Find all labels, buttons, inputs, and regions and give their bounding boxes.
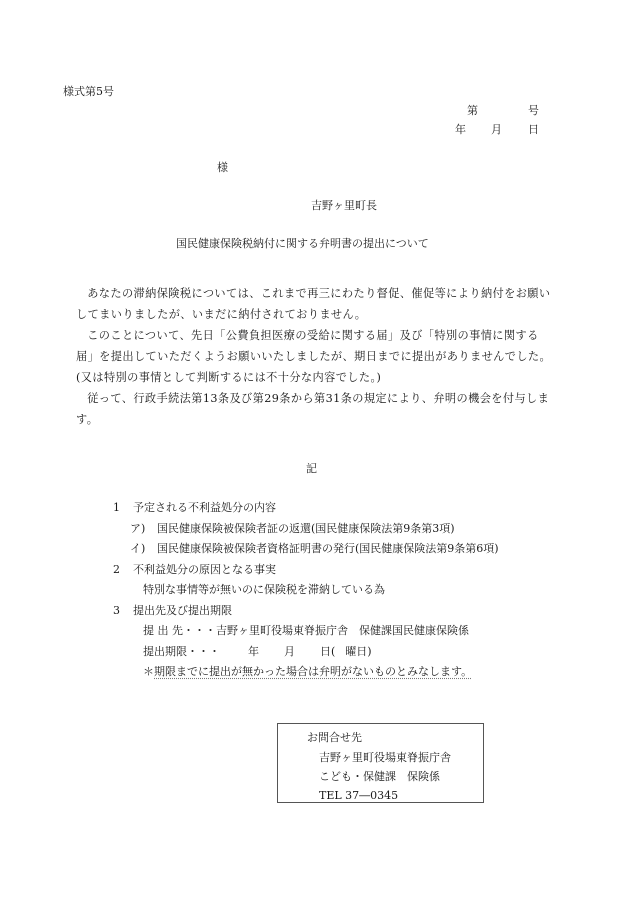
body-paragraph: あなたの滞納保険税については、これまで再三にわたり督促、催促等により納付をお願い… [76, 283, 556, 325]
deadline-weekday: 曜日) [345, 645, 371, 658]
date-day: 日 [528, 124, 539, 135]
sender: 吉野ヶ里町長 [311, 200, 377, 211]
item-2-detail: 特別な事情等が無いのに保険税を滞納している為 [113, 580, 499, 601]
ki-heading: 記 [306, 463, 317, 474]
date-month: 月 [491, 124, 502, 135]
submission-destination: 提 出 先・・・吉野ヶ里町役場東脊振庁舎 保健課国民健康保険係 [113, 621, 499, 642]
ref-number-prefix: 第 [467, 105, 478, 116]
item-label: 不利益処分の原因となる事実 [133, 563, 276, 576]
item-number: 3 [113, 601, 133, 622]
contact-box: お問合せ先 吉野ヶ里町役場東脊振庁舎 こども・保健課 保険係 TEL 37―03… [277, 723, 484, 803]
contact-office: 吉野ヶ里町役場東脊振庁舎 [319, 752, 451, 763]
item-number: 2 [113, 560, 133, 581]
item-label: 提出先及び提出期限 [133, 604, 232, 617]
item-3: 3提出先及び提出期限 [113, 601, 499, 622]
destination-value: 吉野ヶ里町役場東脊振庁舎 保健課国民健康保険係 [216, 624, 469, 637]
deadline-note: ＊期限までに提出が無かった場合は弁明がないものとみなします。 [113, 662, 499, 683]
contact-heading: お問合せ先 [307, 732, 362, 743]
sub-mark: イ) [130, 539, 157, 560]
sub-text: 国民健康保険被保険者証の返還(国民健康保険法第9条第3項) [157, 522, 455, 535]
item-2: 2不利益処分の原因となる事実 [113, 560, 499, 581]
deadline-month: 月 [284, 645, 295, 658]
date-year: 年 [455, 124, 466, 135]
body-text: あなたの滞納保険税については、これまで再三にわたり督促、催促等により納付をお願い… [76, 283, 556, 430]
ref-number-suffix: 号 [528, 105, 539, 116]
note-mark: ＊ [143, 665, 154, 678]
destination-label: 提 出 先・・・ [143, 624, 216, 637]
note-text: 期限までに提出が無かった場合は弁明がないものとみなします。 [154, 665, 472, 678]
items-list: 1予定される不利益処分の内容 ア)国民健康保険被保険者証の返還(国民健康保険法第… [113, 498, 499, 683]
document-title: 国民健康保険税納付に関する弁明書の提出について [176, 238, 429, 249]
submission-deadline: 提出期限・・・年月日(曜日) [113, 642, 499, 663]
body-paragraph: (又は特別の事情として判断するには不十分な内容でした。) [76, 367, 556, 388]
deadline-label: 提出期限・・・ [143, 645, 220, 658]
deadline-year: 年 [248, 645, 259, 658]
item-1-sub-b: イ)国民健康保険被保険者資格証明書の発行(国民健康保険法第9条第6項) [113, 539, 499, 560]
contact-tel: TEL 37―0345 [319, 790, 398, 801]
detail-text: 特別な事情等が無いのに保険税を滞納している為 [143, 583, 385, 596]
item-1: 1予定される不利益処分の内容 [113, 498, 499, 519]
form-number: 様式第5号 [63, 86, 114, 97]
body-paragraph: このことについて、先日「公費負担医療の受給に関する届」及び「特別の事情に関する届… [76, 325, 556, 367]
sub-text: 国民健康保険被保険者資格証明書の発行(国民健康保険法第9条第6項) [157, 542, 499, 555]
recipient-suffix: 様 [217, 162, 228, 173]
contact-department: こども・保健課 保険係 [319, 771, 440, 782]
item-label: 予定される不利益処分の内容 [133, 501, 276, 514]
item-1-sub-a: ア)国民健康保険被保険者証の返還(国民健康保険法第9条第3項) [113, 519, 499, 540]
body-paragraph: 従って、行政手続法第13条及び第29条から第31条の規定により、弁明の機会を付与… [76, 388, 556, 430]
item-number: 1 [113, 498, 133, 519]
sub-mark: ア) [130, 519, 157, 540]
deadline-day: 日( [320, 645, 335, 658]
